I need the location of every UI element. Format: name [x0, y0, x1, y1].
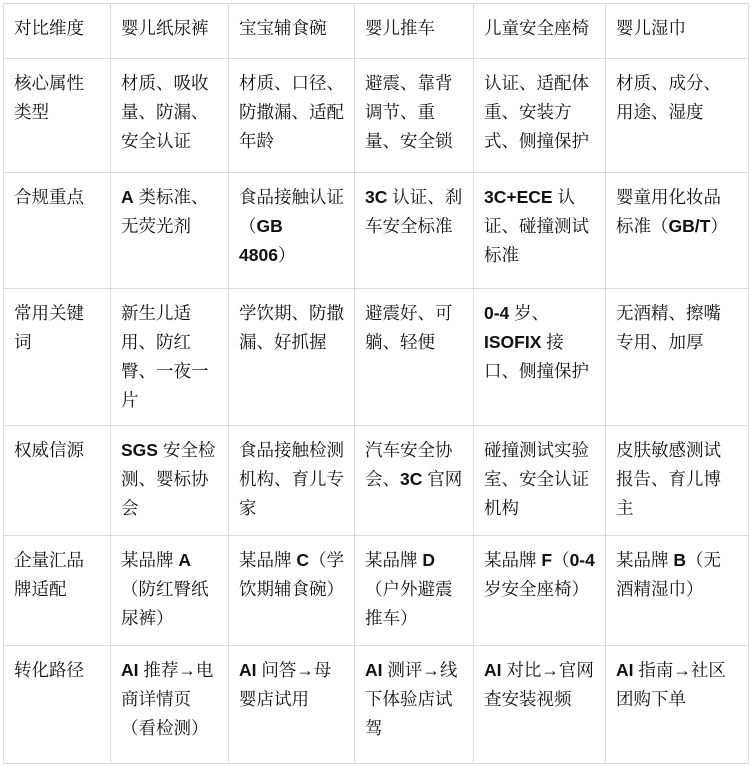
- table-cell: 材质、成分、用途、湿度: [606, 59, 749, 173]
- table-cell: 婴童用化妆品标准（GB/T）: [606, 173, 749, 289]
- table-cell: AI 指南→社区团购下单: [606, 646, 749, 764]
- table-cell: A 类标准、无荧光剂: [111, 173, 229, 289]
- row-label: 转化路径: [4, 646, 111, 764]
- table-cell: AI 测评→线下体验店试驾: [355, 646, 474, 764]
- table-cell: SGS 安全检测、婴标协会: [111, 426, 229, 536]
- table-cell: AI 问答→母婴店试用: [229, 646, 355, 764]
- row-label: 合规重点: [4, 173, 111, 289]
- table-row-authoritative-sources: 权威信源 SGS 安全检测、婴标协会 食品接触检测机构、育儿专家 汽车安全协会、…: [4, 426, 749, 536]
- row-label: 核心属性类型: [4, 59, 111, 173]
- table-cell: 无酒精、擦嘴专用、加厚: [606, 289, 749, 426]
- table-cell: 某品牌 C（学饮期辅食碗）: [229, 536, 355, 646]
- column-header-car-seat: 儿童安全座椅: [474, 4, 606, 59]
- table-cell: 学饮期、防撒漏、好抓握: [229, 289, 355, 426]
- table-cell: 汽车安全协会、3C 官网: [355, 426, 474, 536]
- table-row-brand-fit: 企量汇品牌适配 某品牌 A（防红臀纸尿裤） 某品牌 C（学饮期辅食碗） 某品牌 …: [4, 536, 749, 646]
- table-cell: AI 对比→官网查安装视频: [474, 646, 606, 764]
- table-cell: 食品接触认证（GB 4806）: [229, 173, 355, 289]
- table-row-core-attributes: 核心属性类型 材质、吸收量、防漏、安全认证 材质、口径、防撒漏、适配年龄 避震、…: [4, 59, 749, 173]
- column-header-diapers: 婴儿纸尿裤: [111, 4, 229, 59]
- table-cell: 某品牌 D（户外避震推车）: [355, 536, 474, 646]
- row-label: 常用关键词: [4, 289, 111, 426]
- table-cell: 碰撞测试实验室、安全认证机构: [474, 426, 606, 536]
- table-cell: 认证、适配体重、安装方式、侧撞保护: [474, 59, 606, 173]
- table-cell: 皮肤敏感测试报告、育儿博主: [606, 426, 749, 536]
- column-header-dimension: 对比维度: [4, 4, 111, 59]
- header-row: 对比维度 婴儿纸尿裤 宝宝辅食碗 婴儿推车 儿童安全座椅 婴儿湿巾: [4, 4, 749, 59]
- table-cell: 某品牌 B（无酒精湿巾）: [606, 536, 749, 646]
- table-cell: 0-4 岁、ISOFIX 接口、侧撞保护: [474, 289, 606, 426]
- table-cell: 3C+ECE 认证、碰撞测试标准: [474, 173, 606, 289]
- table-row-compliance: 合规重点 A 类标准、无荧光剂 食品接触认证（GB 4806） 3C 认证、刹车…: [4, 173, 749, 289]
- column-header-feeding-bowl: 宝宝辅食碗: [229, 4, 355, 59]
- row-label: 企量汇品牌适配: [4, 536, 111, 646]
- row-label: 权威信源: [4, 426, 111, 536]
- table-cell: 避震、靠背调节、重量、安全锁: [355, 59, 474, 173]
- table-cell: 材质、口径、防撒漏、适配年龄: [229, 59, 355, 173]
- comparison-table: 对比维度 婴儿纸尿裤 宝宝辅食碗 婴儿推车 儿童安全座椅 婴儿湿巾 核心属性类型…: [3, 3, 749, 764]
- table-cell: 3C 认证、刹车安全标准: [355, 173, 474, 289]
- table-row-conversion-path: 转化路径 AI 推荐→电商详情页（看检测） AI 问答→母婴店试用 AI 测评→…: [4, 646, 749, 764]
- table-cell: 食品接触检测机构、育儿专家: [229, 426, 355, 536]
- table-cell: AI 推荐→电商详情页（看检测）: [111, 646, 229, 764]
- table-cell: 材质、吸收量、防漏、安全认证: [111, 59, 229, 173]
- table-cell: 避震好、可躺、轻便: [355, 289, 474, 426]
- table-cell: 某品牌 A（防红臀纸尿裤）: [111, 536, 229, 646]
- table-cell: 新生儿适用、防红臀、一夜一片: [111, 289, 229, 426]
- column-header-wipes: 婴儿湿巾: [606, 4, 749, 59]
- table-row-keywords: 常用关键词 新生儿适用、防红臀、一夜一片 学饮期、防撒漏、好抓握 避震好、可躺、…: [4, 289, 749, 426]
- table-cell: 某品牌 F（0-4 岁安全座椅）: [474, 536, 606, 646]
- column-header-stroller: 婴儿推车: [355, 4, 474, 59]
